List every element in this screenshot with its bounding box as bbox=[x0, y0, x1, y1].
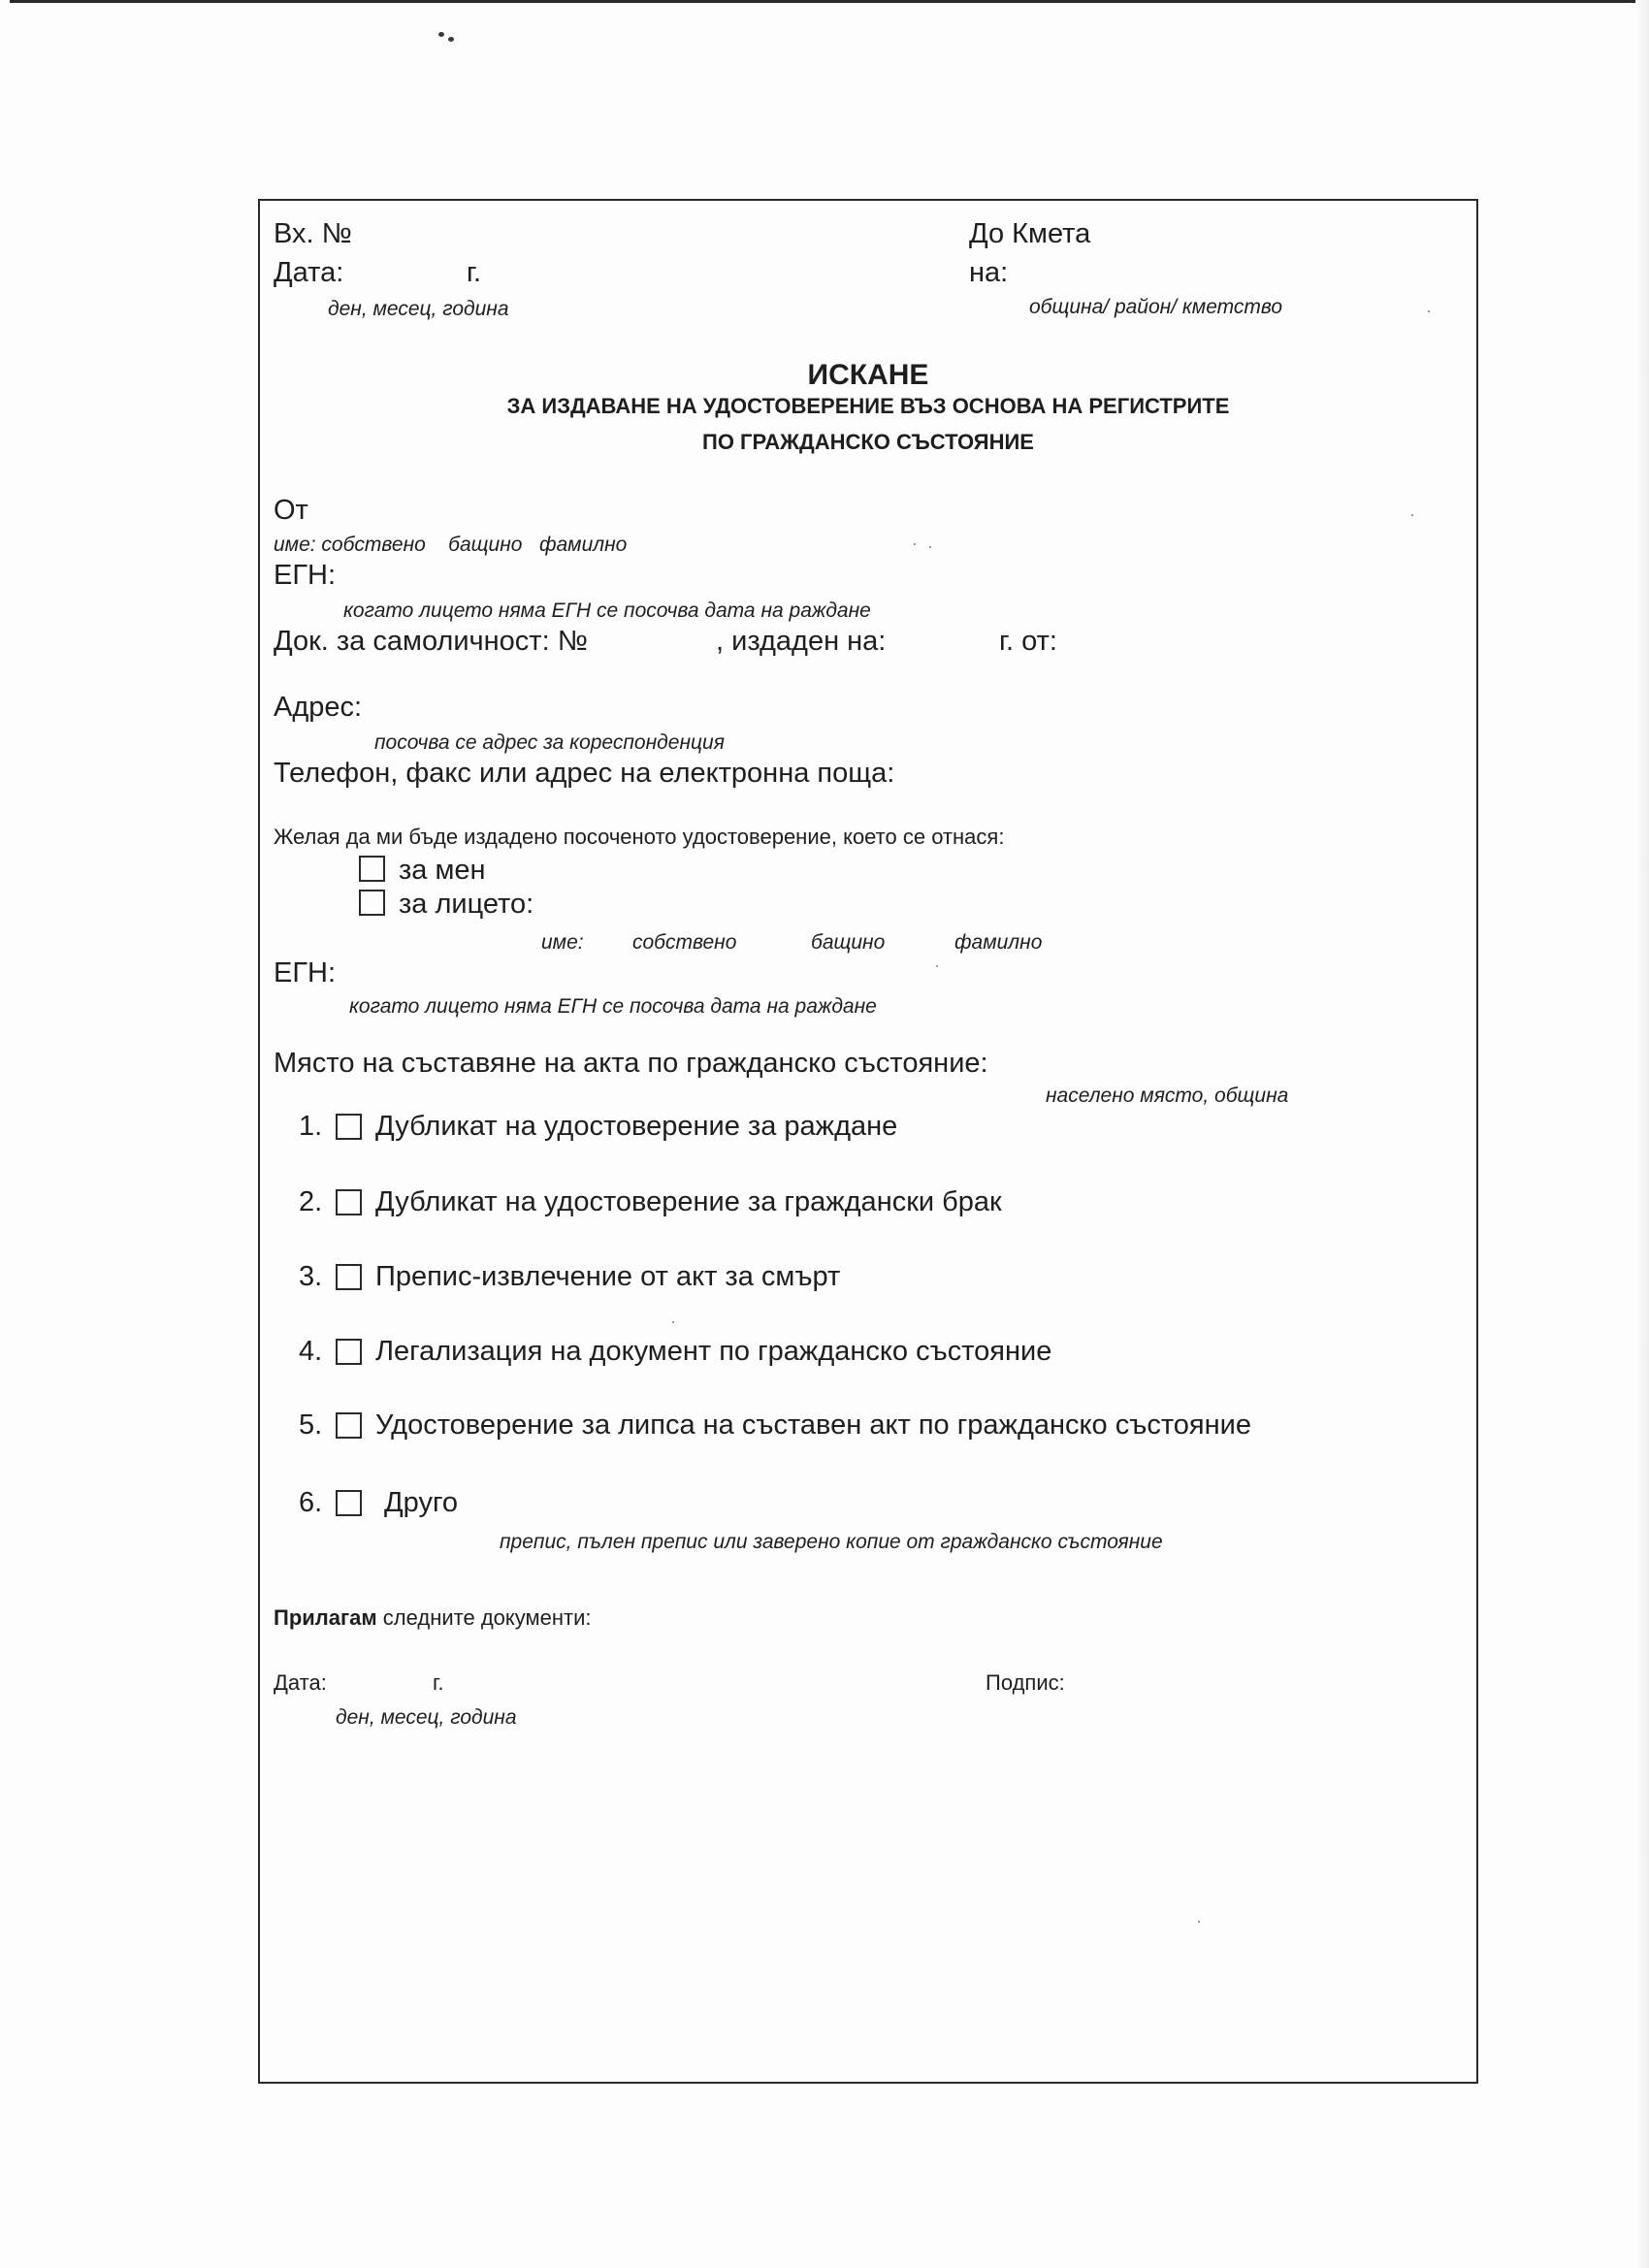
request-form: Вх. № Дата: г. ден, месец, година До Кме… bbox=[258, 199, 1478, 2084]
footer-date-year-suffix: г. bbox=[433, 1672, 443, 1694]
applicant-egn-hint: когато лицето няма ЕГН се посочва дата н… bbox=[343, 600, 871, 621]
certificate-option-label: Препис-извлечение от акт за смърт bbox=[375, 1263, 840, 1291]
certificate-option-number: 1. bbox=[299, 1113, 322, 1141]
certificate-option-checkbox[interactable] bbox=[336, 1189, 362, 1215]
footer-date-hint: ден, месец, година bbox=[336, 1707, 517, 1728]
recipient-intro: Желая да ми бъде издадено посоченото удо… bbox=[274, 826, 1004, 848]
certificate-option-checkbox[interactable] bbox=[336, 1114, 362, 1140]
scan-speck bbox=[448, 37, 454, 42]
other-hint: препис, пълен препис или заверено копие … bbox=[500, 1532, 1163, 1552]
signature-label: Подпис: bbox=[986, 1672, 1065, 1694]
scan-edge-right bbox=[1635, 0, 1649, 2268]
person-egn-hint: когато лицето няма ЕГН се посочва дата н… bbox=[349, 996, 877, 1017]
person-name-hint-father: бащино bbox=[811, 932, 885, 953]
certificate-option-number: 6. bbox=[299, 1489, 322, 1517]
footer-date-label: Дата: bbox=[274, 1672, 327, 1694]
incoming-number-label: Вх. № bbox=[274, 220, 352, 248]
person-name-hint-first: собствено bbox=[632, 932, 736, 953]
certificate-option-number: 4. bbox=[299, 1338, 322, 1366]
certificate-option-checkbox[interactable] bbox=[336, 1412, 362, 1439]
attachments-label-rest: следните документи: bbox=[377, 1605, 592, 1630]
for-me-label: за мен bbox=[399, 857, 486, 885]
attachments-label-bold: Прилагам bbox=[274, 1605, 377, 1630]
certificate-option-number: 2. bbox=[299, 1188, 322, 1216]
applicant-name-hint: име: собствено бащино фамилно bbox=[274, 535, 627, 555]
certificate-option-number: 5. bbox=[299, 1411, 322, 1440]
contact-label: Телефон, факс или адрес на електронна по… bbox=[274, 760, 894, 788]
form-title: ИСКАНЕ bbox=[260, 361, 1476, 390]
id-issued-on-label: , издаден на: bbox=[716, 628, 886, 656]
for-person-checkbox[interactable] bbox=[359, 890, 385, 916]
certificate-option-checkbox[interactable] bbox=[336, 1264, 362, 1290]
from-label: От bbox=[274, 497, 308, 525]
certificate-option-number: 3. bbox=[299, 1263, 322, 1291]
certificate-option-label: Дубликат на удостоверение за раждане bbox=[375, 1113, 897, 1141]
certificate-option-checkbox[interactable] bbox=[336, 1339, 362, 1365]
addressee-municipality-label: на: bbox=[969, 259, 1008, 287]
person-name-hint-name: име: bbox=[541, 932, 584, 953]
scan-speck bbox=[438, 32, 444, 37]
act-place-label: Място на съставяне на акта по гражданско… bbox=[274, 1050, 988, 1078]
addressee-label: До Кмета bbox=[969, 220, 1090, 248]
date-year-suffix: г. bbox=[467, 259, 481, 287]
form-subtitle-line1: ЗА ИЗДАВАНЕ НА УДОСТОВЕРЕНИЕ ВЪЗ ОСНОВА … bbox=[260, 396, 1476, 417]
certificate-option-checkbox[interactable] bbox=[336, 1490, 362, 1516]
certificate-option-label: Удостоверение за липса на съставен акт п… bbox=[375, 1411, 1251, 1440]
addressee-hint: община/ район/ кметство bbox=[1029, 297, 1282, 317]
certificate-option-label: Дубликат на удостоверение за граждански … bbox=[375, 1188, 1002, 1216]
id-document-label: Док. за самоличност: № bbox=[274, 628, 588, 656]
for-person-label: за лицето: bbox=[399, 891, 533, 919]
id-issued-by-label: г. от: bbox=[999, 628, 1057, 656]
person-name-hint-family: фамилно bbox=[954, 932, 1042, 953]
for-me-checkbox[interactable] bbox=[359, 856, 385, 882]
certificate-option-label: Легализация на документ по гражданско съ… bbox=[375, 1338, 1051, 1366]
scan-edge-top bbox=[10, 0, 1649, 3]
address-label: Адрес: bbox=[274, 694, 362, 722]
person-egn-label: ЕГН: bbox=[274, 959, 336, 988]
act-place-hint: населено място, община bbox=[1046, 1085, 1288, 1106]
applicant-egn-label: ЕГН: bbox=[274, 562, 336, 590]
date-label: Дата: bbox=[274, 259, 343, 287]
certificate-option-label: Друго bbox=[384, 1489, 458, 1517]
form-subtitle-line2: ПО ГРАЖДАНСКО СЪСТОЯНИЕ bbox=[260, 432, 1476, 453]
date-hint: ден, месец, година bbox=[328, 299, 509, 319]
attachments-label: Прилагам следните документи: bbox=[274, 1607, 592, 1629]
address-hint: посочва се адрес за кореспонденция bbox=[374, 732, 725, 753]
